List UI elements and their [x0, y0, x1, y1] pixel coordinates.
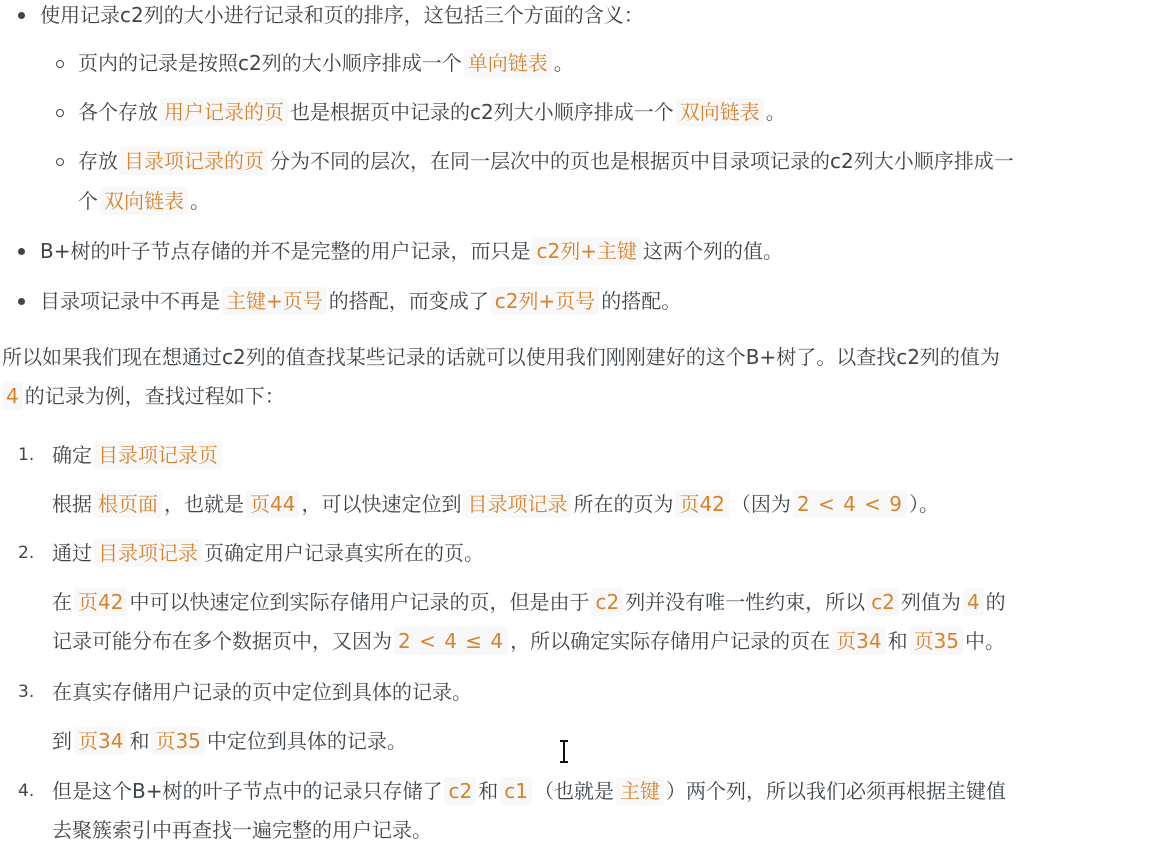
text: 。 [190, 189, 210, 213]
text: 也是根据页中记录的c2列大小顺序排成一个 [290, 100, 674, 124]
text: 列并没有唯一性约束，所以 [625, 590, 865, 614]
text: 在真实存储用户记录的页中定位到具体的记录。 [52, 680, 472, 704]
inline-code: 页34 [832, 627, 885, 655]
bullet-icon [18, 12, 25, 19]
paragraph-line: 4的记录为例，查找过程如下： [2, 381, 285, 411]
text: 存放 [78, 149, 118, 173]
bullet-icon [18, 248, 25, 255]
text: ，可以快速定位到 [301, 492, 461, 516]
inline-code: 页34 [74, 727, 127, 755]
text: 。 [766, 100, 786, 124]
text: 记录可能分布在多个数据页中，又因为 [52, 629, 392, 653]
text: 的搭配，而变成了 [329, 289, 489, 313]
sub-bullet-icon [56, 158, 64, 166]
text: 个 [78, 189, 98, 213]
text: 分为不同的层次，在同一层次中的页也是根据页中目录项记录的c2列大小顺序排成一 [270, 149, 1014, 173]
step-body: 记录可能分布在多个数据页中，又因为2 < 4 ≤ 4，所以确定实际存储用户记录的… [52, 626, 1005, 656]
text: 和 [478, 779, 498, 803]
text: 的搭配。 [601, 289, 681, 313]
step-number: 3. [18, 677, 34, 707]
step-body: 到页34和页35中定位到具体的记录。 [52, 726, 407, 756]
inline-code: 4 [963, 588, 984, 616]
sub-list-item-continued: 个双向链表。 [78, 186, 210, 216]
text: 页确定用户记录真实所在的页。 [204, 541, 484, 565]
paragraph-line: 所以如果我们现在想通过c2列的值查找某些记录的话就可以使用我们刚刚建好的这个B+… [2, 342, 1000, 372]
text-cursor-icon [560, 740, 568, 764]
list-item: 目录项记录中不再是主键+页号的搭配，而变成了c2列+页号的搭配。 [40, 286, 681, 316]
text: （也就是 [534, 779, 614, 803]
step-title: 确定目录项记录页 [52, 440, 224, 470]
text: 去聚簇索引中再查找一遍完整的用户记录。 [52, 818, 432, 842]
step-number: 1. [18, 440, 34, 470]
text: （因为 [731, 492, 791, 516]
inline-code: 页35 [151, 727, 204, 755]
sub-list-item: 各个存放用户记录的页也是根据页中记录的c2列大小顺序排成一个双向链表。 [78, 97, 786, 127]
text: 。 [554, 51, 574, 75]
inline-code: c2 [867, 588, 899, 616]
text: 在 [52, 590, 72, 614]
text: B+树的叶子节点存储的并不是完整的用户记录，而只是 [40, 239, 530, 263]
text: 和 [129, 729, 149, 753]
inline-code: 目录项记录页 [94, 441, 222, 469]
inline-code: 2 < 4 < 9 [793, 490, 907, 518]
list-item: B+树的叶子节点存储的并不是完整的用户记录，而只是c2列+主键这两个列的值。 [40, 236, 783, 266]
inline-code: c2列+主键 [532, 237, 640, 265]
inline-code: c2 [591, 588, 623, 616]
inline-code: 目录项记录 [463, 490, 571, 518]
inline-code: 主键 [616, 777, 664, 805]
text: 所以如果我们现在想通过c2列的值查找某些记录的话就可以使用我们刚刚建好的这个B+… [2, 345, 1000, 369]
sub-bullet-icon [56, 60, 64, 68]
sub-list-item: 页内的记录是按照c2列的大小顺序排成一个单向链表。 [78, 48, 574, 78]
text: 目录项记录中不再是 [40, 289, 220, 313]
text: 的 [986, 590, 1006, 614]
list-item: 使用记录c2列的大小进行记录和页的排序，这包括三个方面的含义： [40, 0, 644, 30]
inline-code: 页42 [675, 490, 728, 518]
sub-bullet-icon [56, 109, 64, 117]
list-item-text: 使用记录c2列的大小进行记录和页的排序，这包括三个方面的含义： [40, 3, 644, 27]
inline-code: 主键+页号 [222, 287, 327, 315]
inline-code: 4 [2, 382, 23, 410]
inline-code: 2 < 4 ≤ 4 [394, 627, 508, 655]
step-title: 但是这个B+树的叶子节点中的记录只存储了c2和c1（也就是主键）两个列，所以我们… [52, 776, 1006, 806]
text: 中。 [965, 629, 1005, 653]
inline-code: 页35 [910, 627, 963, 655]
step-body: 根据根页面，也就是页44，可以快速定位到目录项记录所在的页为页42（因为2 < … [52, 489, 939, 519]
text: 根据 [52, 492, 92, 516]
inline-code: 双向链表 [676, 98, 764, 126]
text: 页内的记录是按照c2列的大小顺序排成一个 [78, 51, 462, 75]
step-number: 4. [18, 776, 34, 806]
text: ）。 [909, 492, 939, 516]
inline-code: 根页面 [94, 490, 162, 518]
text: 这两个列的值。 [643, 239, 783, 263]
text: ，所以确定实际存储用户记录的页在 [510, 629, 830, 653]
text: 中可以快速定位到实际存储用户记录的页，但是由于 [129, 590, 589, 614]
text: 但是这个B+树的叶子节点中的记录只存储了 [52, 779, 442, 803]
inline-code: c1 [500, 777, 532, 805]
text: 确定 [52, 443, 92, 467]
bullet-icon [18, 298, 25, 305]
text: 和 [888, 629, 908, 653]
inline-code: 目录项记录 [94, 539, 202, 567]
inline-code: 单向链表 [464, 49, 552, 77]
inline-code: 目录项记录的页 [120, 147, 268, 175]
step-body: 在页42中可以快速定位到实际存储用户记录的页，但是由于c2列并没有唯一性约束，所… [52, 587, 1006, 617]
inline-code: 页44 [246, 490, 299, 518]
text: 的记录为例，查找过程如下： [25, 384, 285, 408]
text: 所在的页为 [573, 492, 673, 516]
text: 各个存放 [78, 100, 158, 124]
text: 中定位到具体的记录。 [207, 729, 407, 753]
inline-code: 用户记录的页 [160, 98, 288, 126]
text: 列值为 [901, 590, 961, 614]
inline-code: c2 [444, 777, 476, 805]
inline-code: c2列+页号 [491, 287, 599, 315]
step-title-continued: 去聚簇索引中再查找一遍完整的用户记录。 [52, 815, 432, 845]
inline-code: 页42 [74, 588, 127, 616]
sub-list-item: 存放目录项记录的页分为不同的层次，在同一层次中的页也是根据页中目录项记录的c2列… [78, 146, 1014, 176]
step-number: 2. [18, 538, 34, 568]
text: 通过 [52, 541, 92, 565]
text: ）两个列，所以我们必须再根据主键值 [666, 779, 1006, 803]
step-title: 通过目录项记录页确定用户记录真实所在的页。 [52, 538, 484, 568]
step-title: 在真实存储用户记录的页中定位到具体的记录。 [52, 677, 472, 707]
text: ，也就是 [164, 492, 244, 516]
text: 到 [52, 729, 72, 753]
inline-code: 双向链表 [100, 187, 188, 215]
